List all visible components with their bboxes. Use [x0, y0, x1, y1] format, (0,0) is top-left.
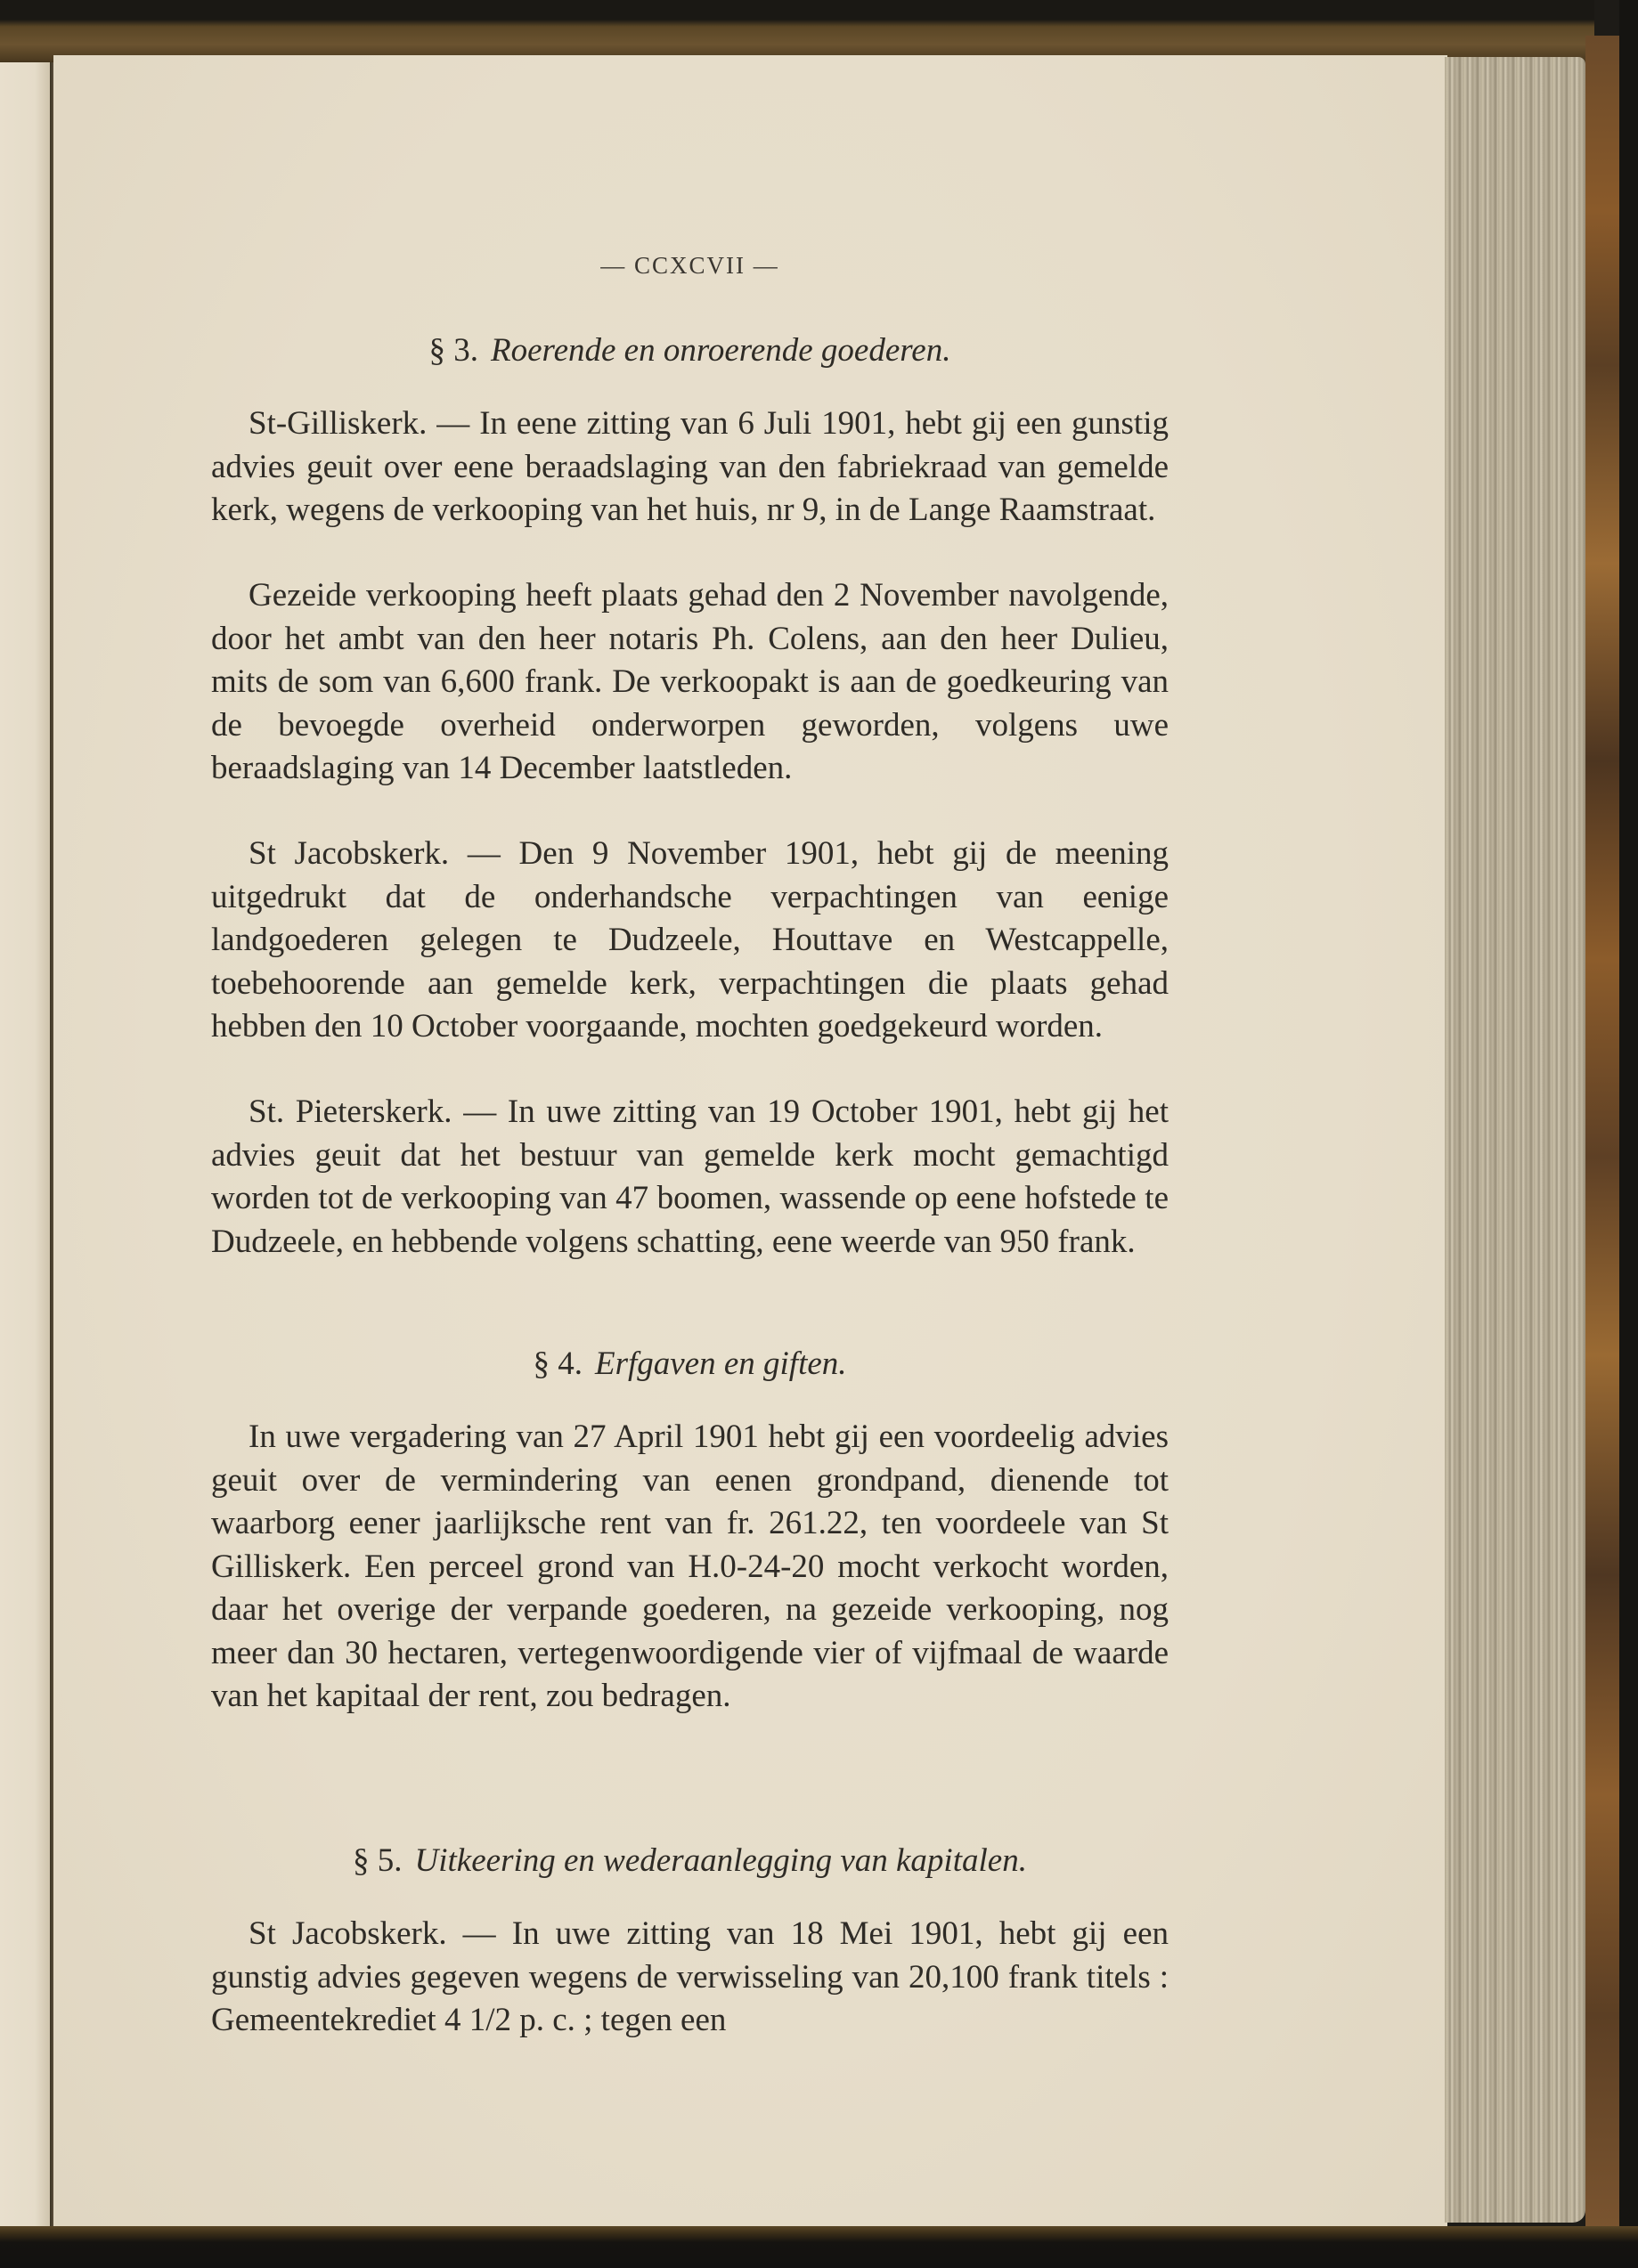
section-3-heading: § 3.Roerende en onroerende goederen. [211, 331, 1169, 370]
section-5-heading: § 5.Uitkeering en wederaanlegging van ka… [211, 1841, 1169, 1880]
paragraph-st-jacobskerk: St Jacobskerk. — Den 9 November 1901, he… [211, 833, 1169, 1049]
page-stack-edges [1445, 57, 1585, 2223]
section-symbol: § 3. [429, 332, 479, 369]
paragraph-st-pieterskerk: St. Pieterskerk. — In uwe zitting van 19… [211, 1091, 1169, 1264]
section-title: Roerende en onroerende goederen. [491, 332, 950, 369]
page-number: — CCXCVII — [211, 252, 1169, 280]
section-symbol: § 5. [353, 1842, 403, 1879]
section-title: Erfgaven en giften. [595, 1345, 847, 1382]
book-binding-bottom [0, 2226, 1638, 2268]
background-edge [1619, 0, 1638, 2268]
paragraph-erfgaven: In uwe vergadering van 27 April 1901 heb… [211, 1416, 1169, 1719]
paragraph-st-gilliskerk: St-Gilliskerk. — In eene zitting van 6 J… [211, 402, 1169, 532]
paragraph-gezeide-verkooping: Gezeide verkooping heeft plaats gehad de… [211, 574, 1169, 791]
section-symbol: § 4. [533, 1345, 583, 1382]
marbled-cover-edge [1585, 36, 1619, 2235]
previous-page-edge [0, 62, 50, 2228]
section-title: Uitkeering en wederaanlegging van kapita… [415, 1842, 1027, 1879]
paragraph-st-jacobskerk-kapitalen: St Jacobskerk. — In uwe zitting van 18 M… [211, 1913, 1169, 2043]
section-4-heading: § 4.Erfgaven en giften. [211, 1345, 1169, 1383]
